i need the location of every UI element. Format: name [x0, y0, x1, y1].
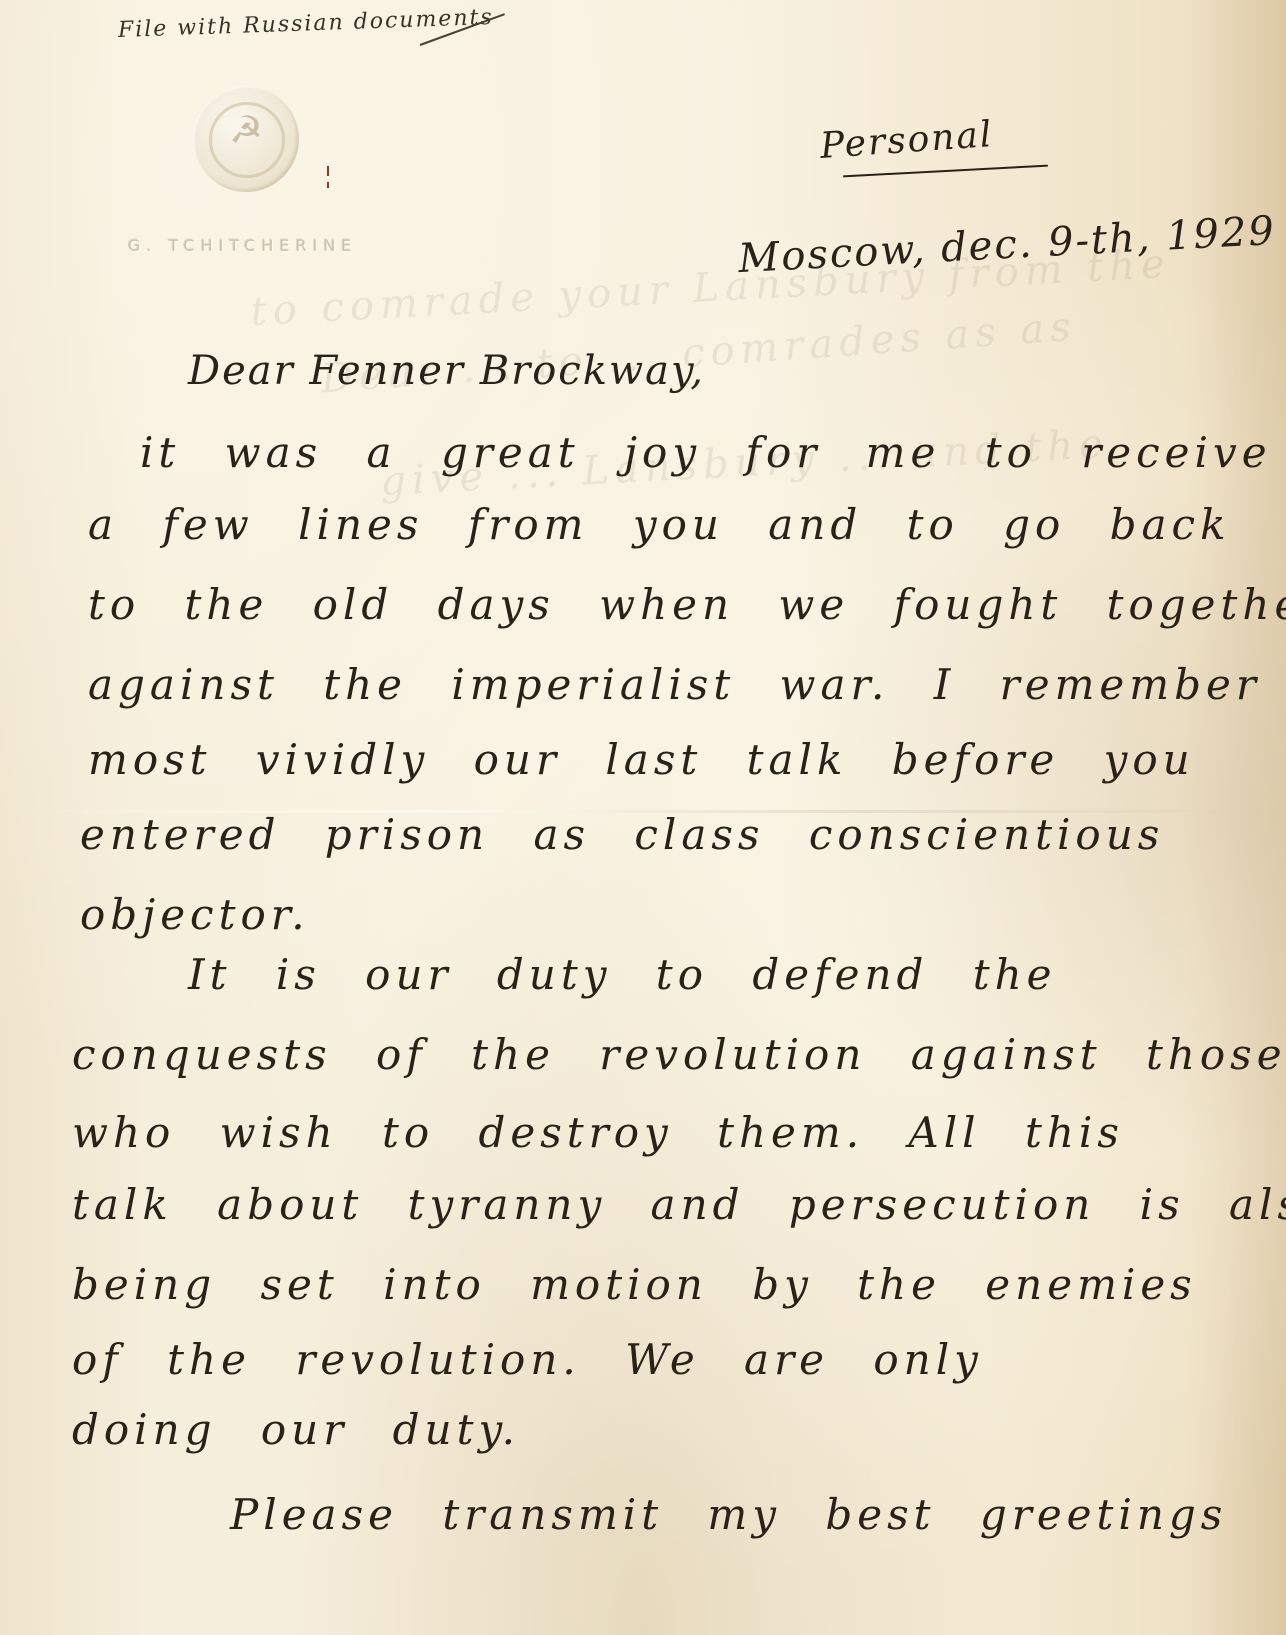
letter-line: conquests of the revolution against thos… — [72, 1030, 1286, 1079]
letter-line: to the old days when we fought together — [88, 580, 1286, 629]
letter-line: a few lines from you and to go back — [88, 500, 1231, 549]
personal-marking: Personal — [819, 114, 995, 167]
ink-mark — [327, 166, 329, 176]
letter-line: It is our duty to defend the — [188, 950, 1057, 999]
salutation: Dear Fenner Brockway, — [188, 348, 705, 394]
letter-line: who wish to destroy them. All this — [72, 1108, 1124, 1157]
letter-line: Please transmit my best greetings — [230, 1490, 1227, 1539]
letter-line: talk about tyranny and persecution is al… — [72, 1180, 1286, 1229]
letter-line: against the imperialist war. I remember — [88, 660, 1261, 709]
hammer-sickle-icon: ☭ — [193, 108, 299, 152]
ink-mark — [327, 182, 329, 188]
letter-page: to comrade your Lansbury from the Dear .… — [0, 0, 1286, 1635]
letterhead-name: G. TCHITCHERINE — [128, 236, 357, 255]
letter-line: of the revolution. We are only — [72, 1335, 983, 1384]
personal-underline — [843, 165, 1048, 178]
embossed-seal-icon: ☭ — [193, 86, 299, 192]
letter-line: doing our duty. — [72, 1405, 520, 1454]
letter-line: it was a great joy for me to receive — [140, 428, 1272, 477]
letter-line: objector. — [80, 890, 310, 939]
letter-line: entered prison as class conscientious — [80, 810, 1164, 859]
letter-line: being set into motion by the enemies — [72, 1260, 1197, 1309]
letter-line: most vividly our last talk before you — [88, 735, 1195, 784]
